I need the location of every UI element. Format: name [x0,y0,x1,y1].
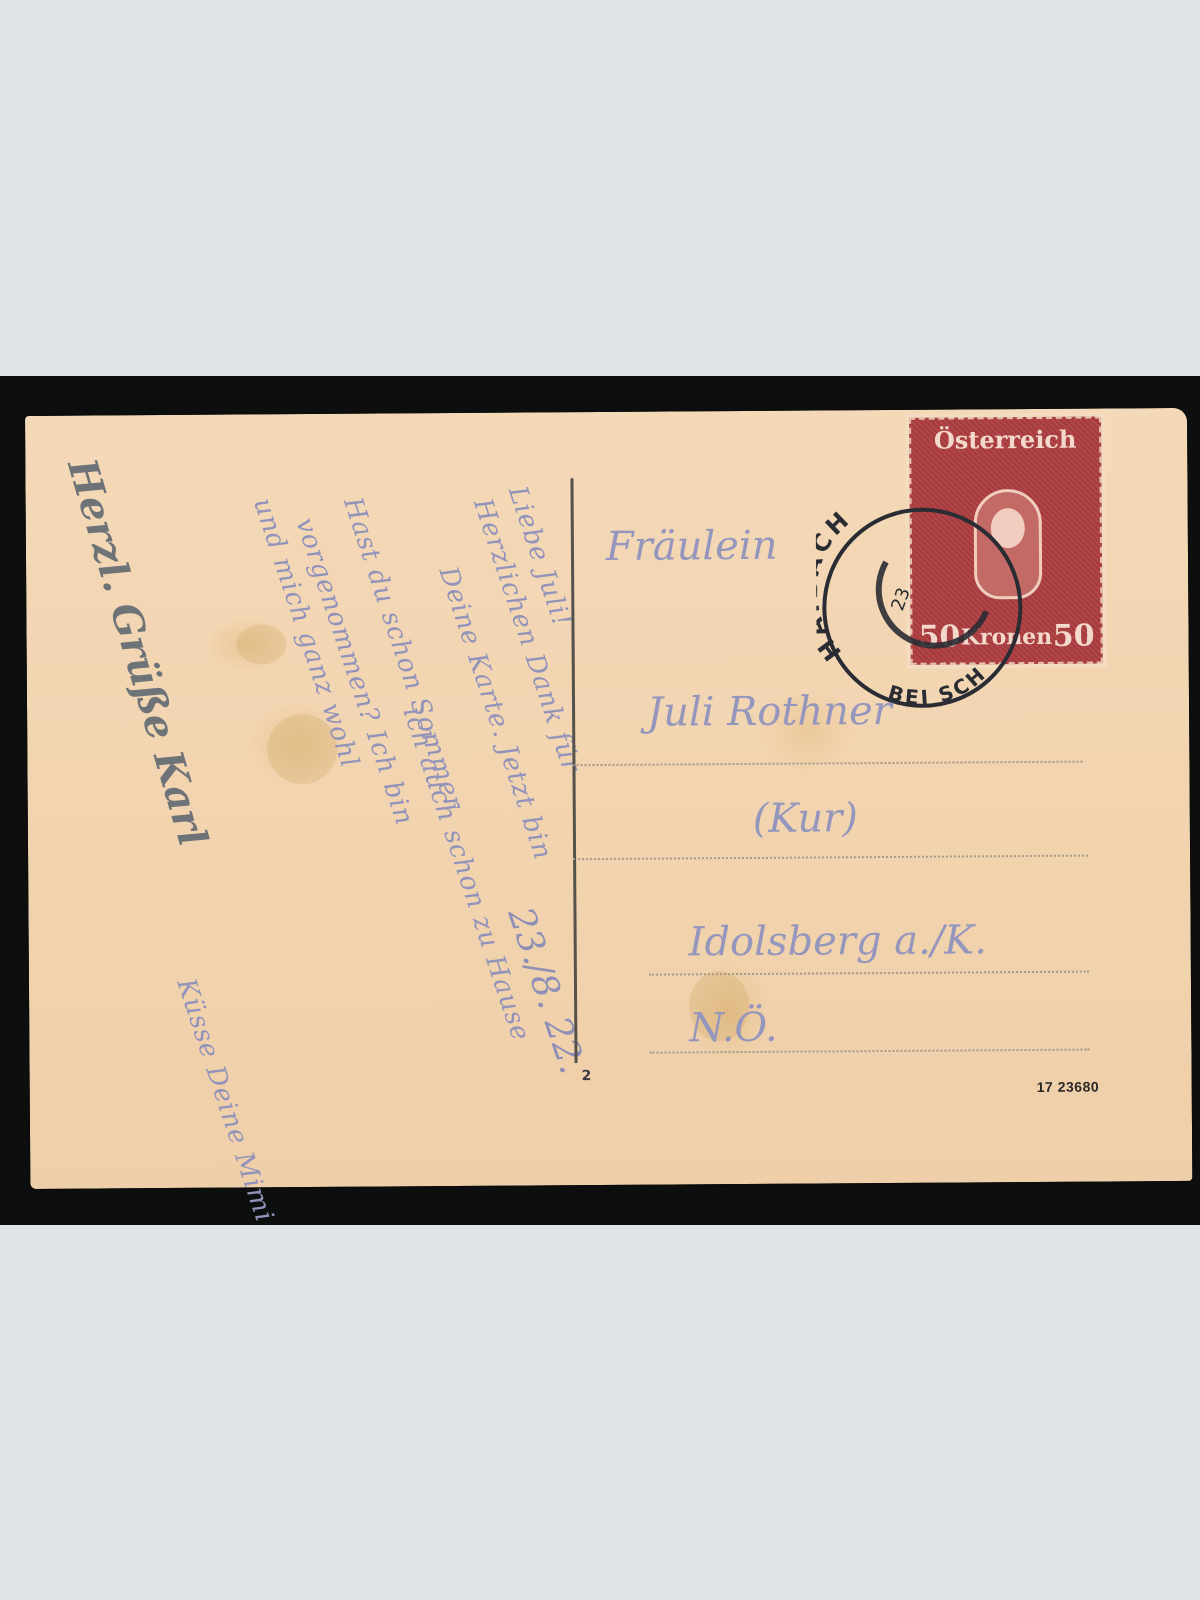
foxing-stain [236,624,286,664]
address-line [573,855,1088,861]
card-serial-number: 17 23680 [1037,1079,1100,1095]
address-town: Idolsberg a./K. [689,917,987,965]
address-line [572,761,1082,767]
stamp-value-right: 50 [1053,619,1095,654]
address-name: Juli Rothner [647,688,892,736]
stamp-country: Österreich [911,425,1099,455]
postmark-date: 23 [887,585,914,614]
postmark-sub: BEI SCH [885,661,992,711]
postcard: Herzl. Grüße Karl Liebe Juli! Herzlichen… [25,408,1192,1189]
svg-text:BEI SCH: BEI SCH [885,661,992,711]
svg-text:HAIBACH: HAIBACH [816,504,858,667]
address-note: (Kur) [753,795,858,842]
postmark-cancel: HAIBACH BEI SCH 23 [816,501,1029,714]
address-region: N.Ö. [689,1005,778,1052]
margin-signature: Herzl. Grüße Karl [58,453,216,851]
postmark-town: HAIBACH [816,504,858,667]
address-salutation: Fräulein [606,523,778,570]
print-marker: 2 [582,1068,592,1084]
